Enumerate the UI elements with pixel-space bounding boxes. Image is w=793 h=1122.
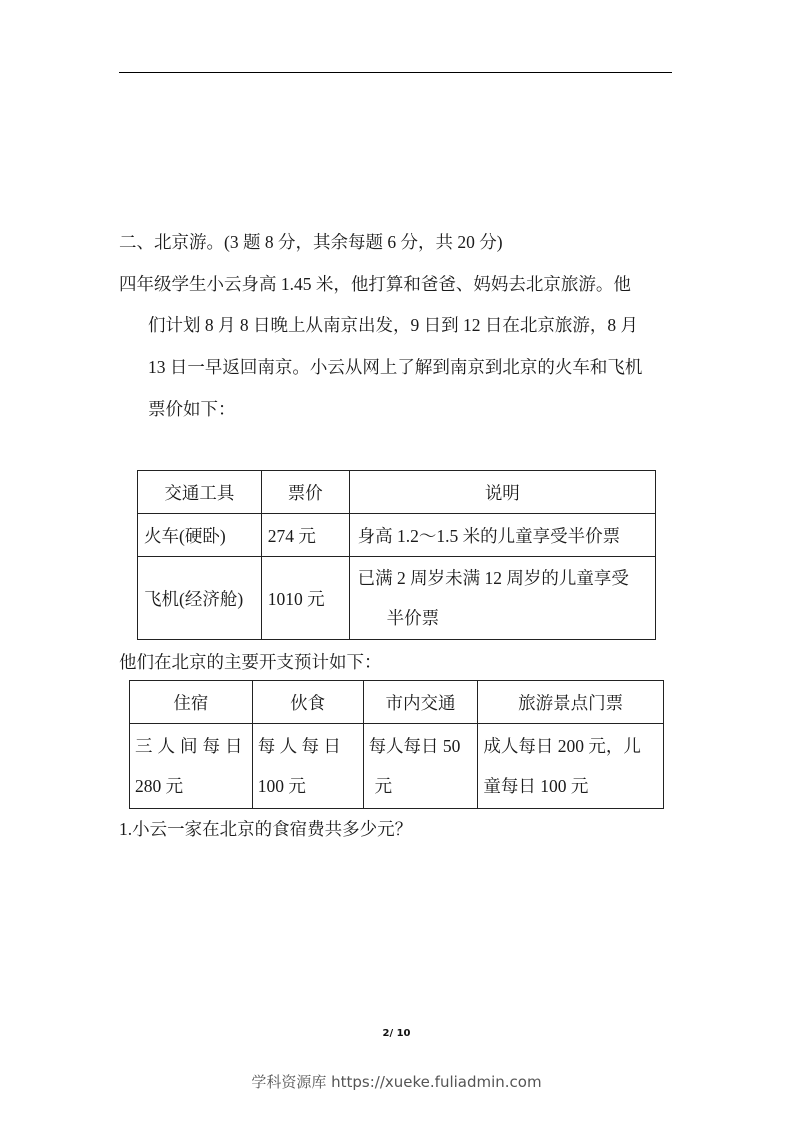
expense-label: 他们在北京的主要开支预计如下： <box>119 650 382 674</box>
cell-line: 280 元 <box>135 766 252 806</box>
ticket-price-table: 交通工具 票价 说明 火车(硬卧) 274 元 身高 1.2～1.5 米的儿童享… <box>137 470 656 640</box>
vehicle-cell: 飞机(经济舱) <box>138 557 262 640</box>
intro-line: 13 日一早返回南京。小云从网上了解到南京到北京的火车和飞机 <box>148 355 642 379</box>
note-cell: 已满 2 周岁未满 12 周岁的儿童享受 半价票 <box>349 557 655 640</box>
lodging-cell: 三人间每日 280 元 <box>130 724 253 809</box>
cell-line: 三人间每日 <box>135 726 252 766</box>
cell-line: 成人每日 200 元，儿 <box>483 726 663 766</box>
cell-line: 100 元 <box>258 766 363 806</box>
cell-line: 每人每日 50 <box>369 726 478 766</box>
column-header: 说明 <box>349 471 655 514</box>
page-number: 2/ 10 <box>0 1028 793 1039</box>
column-header: 伙食 <box>252 681 363 724</box>
header-rule <box>119 72 672 73</box>
city-transport-cell: 每人每日 50 元 <box>363 724 478 809</box>
column-header: 旅游景点门票 <box>478 681 664 724</box>
expense-table: 住宿 伙食 市内交通 旅游景点门票 三人间每日 280 元 每 人 每 日 10… <box>129 680 664 809</box>
price-cell: 274 元 <box>261 514 349 557</box>
attraction-ticket-cell: 成人每日 200 元，儿 童每日 100 元 <box>478 724 664 809</box>
watermark: 学科资源库 https://xueke.fuliadmin.com <box>0 1071 793 1092</box>
table-row: 火车(硬卧) 274 元 身高 1.2～1.5 米的儿童享受半价票 <box>138 514 656 557</box>
table-header-row: 住宿 伙食 市内交通 旅游景点门票 <box>130 681 664 724</box>
intro-line: 们计划 8 月 8 日晚上从南京出发，9 日到 12 日在北京旅游，8 月 <box>148 313 638 337</box>
note-line: 半价票 <box>358 598 655 638</box>
section-title: 二、北京游。(3 题 8 分，其余每题 6 分，共 20 分) <box>119 230 503 254</box>
note-cell: 身高 1.2～1.5 米的儿童享受半价票 <box>349 514 655 557</box>
cell-line: 每 人 每 日 <box>258 726 363 766</box>
column-header: 市内交通 <box>363 681 478 724</box>
cell-line: 童每日 100 元 <box>483 766 663 806</box>
table-row: 三人间每日 280 元 每 人 每 日 100 元 每人每日 50 元 成人每日… <box>130 724 664 809</box>
note-line: 已满 2 周岁未满 12 周岁的儿童享受 <box>358 558 655 598</box>
column-header: 住宿 <box>130 681 253 724</box>
cell-line: 元 <box>369 766 478 806</box>
table-row: 飞机(经济舱) 1010 元 已满 2 周岁未满 12 周岁的儿童享受 半价票 <box>138 557 656 640</box>
intro-line: 票价如下： <box>148 397 236 421</box>
price-cell: 1010 元 <box>261 557 349 640</box>
table-header-row: 交通工具 票价 说明 <box>138 471 656 514</box>
vehicle-cell: 火车(硬卧) <box>138 514 262 557</box>
intro-line: 四年级学生小云身高 1.45 米，他打算和爸爸、妈妈去北京旅游。他 <box>119 272 631 296</box>
column-header: 票价 <box>261 471 349 514</box>
question-1: 1.小云一家在北京的食宿费共多少元？ <box>119 817 412 841</box>
column-header: 交通工具 <box>138 471 262 514</box>
food-cell: 每 人 每 日 100 元 <box>252 724 363 809</box>
